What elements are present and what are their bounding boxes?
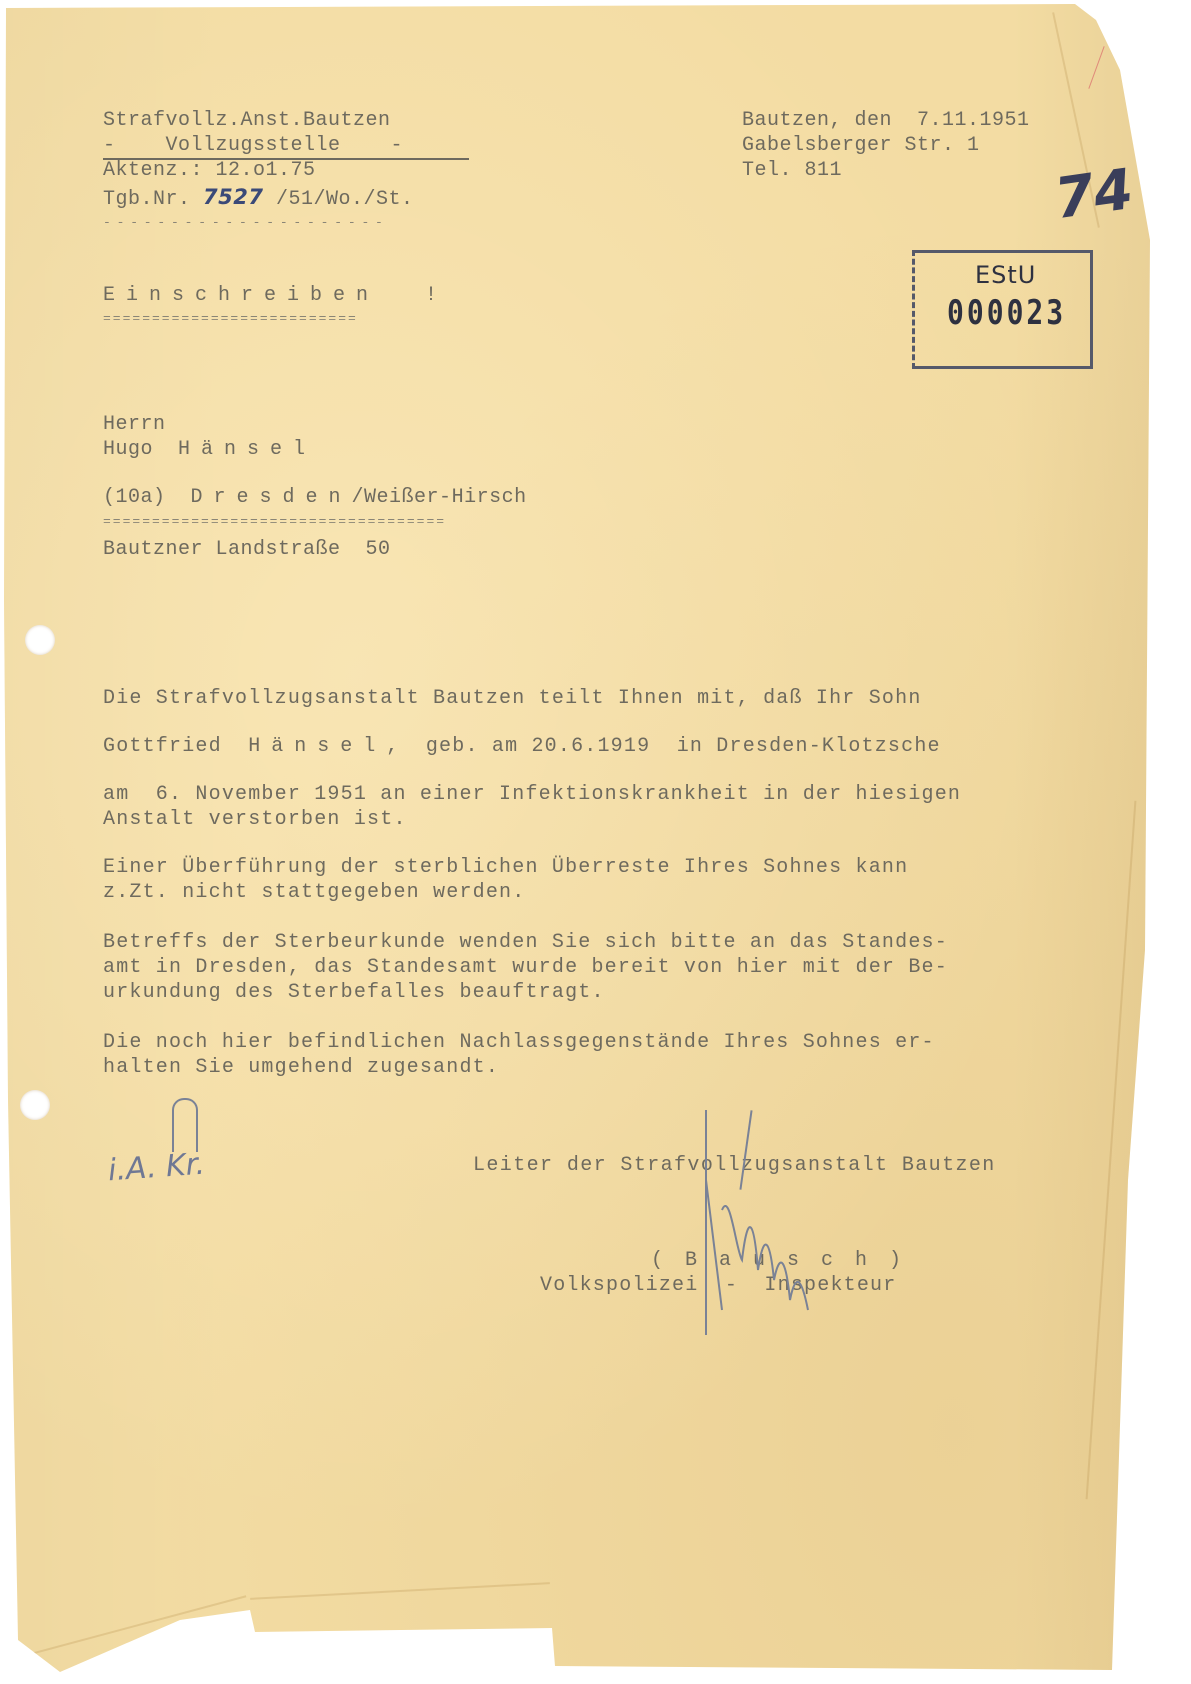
place-date: Bautzen, den 7.11.1951 — [742, 108, 1030, 133]
recipient-street: Bautzner Landstraße 50 — [103, 537, 391, 562]
paper-crease — [1086, 801, 1137, 1499]
registered-mail-label: Einschreiben ! — [103, 283, 448, 308]
recipient-district: /Weißer-Hirsch — [352, 486, 527, 509]
punch-hole-lower — [20, 1090, 50, 1120]
recipient-city-line: (10a) Dresden/Weißer-Hirsch — [103, 485, 527, 510]
journal-number: Tgb.Nr. 7527 /51/Wo./St. — [103, 185, 414, 212]
file-reference-value: 12.o1.75 — [216, 159, 316, 182]
body-paragraph-4-line-2: amt in Dresden, das Standesamt wurde ber… — [103, 955, 948, 980]
page-number-handwritten: 74 — [1051, 157, 1137, 232]
paper-crease — [24, 1595, 247, 1656]
body-paragraph-5-line-2: halten Sie umgehend zugesandt. — [103, 1055, 499, 1080]
recipient-last-name: Hänsel — [178, 438, 316, 461]
punch-hole-upper — [25, 625, 55, 655]
recipient-separator: =================================== — [103, 514, 695, 529]
body-paragraph-4-line-3: urkundung des Sterbefalles beauftragt. — [103, 980, 605, 1005]
sender-separator: - - - - - - - - - - - - - - - - - - - - … — [103, 215, 469, 230]
body-paragraph-1-line-1: Die Strafvollzugsanstalt Bautzen teilt I… — [103, 686, 922, 711]
sender-street: Gabelsberger Str. 1 — [742, 133, 980, 158]
body-paragraph-4-line-1: Betreffs der Sterbeurkunde wenden Sie si… — [103, 930, 948, 955]
journal-number-label: Tgb.Nr. — [103, 188, 191, 211]
recipient-salutation: Herrn — [103, 412, 166, 437]
body-paragraph-3-line-1: Einer Überführung der sterblichen Überre… — [103, 855, 908, 880]
recipient-first-name: Hugo — [103, 438, 153, 461]
initials-loop-stroke — [172, 1098, 198, 1152]
archive-stamp-number: 000023 — [947, 293, 1066, 333]
recipient-postal-code: (10a) — [103, 486, 166, 509]
initials-handwritten: i.A. Kr. — [107, 1147, 206, 1189]
archive-stamp-label: EStU — [975, 261, 1036, 289]
deceased-last-name: Hänsel — [248, 735, 386, 758]
file-reference: Aktenz.: 12.o1.75 — [103, 158, 316, 183]
deceased-birth-info: , geb. am 20.6.1919 in Dresden-Klotzsche — [386, 735, 940, 758]
deceased-first-name: Gottfried — [103, 735, 222, 758]
body-paragraph-2-line-1: am 6. November 1951 an einer Infektionsk… — [103, 782, 961, 807]
signature-scribble — [700, 1170, 840, 1320]
sender-phone: Tel. 811 — [742, 158, 842, 183]
file-reference-label: Aktenz.: — [103, 159, 203, 182]
registered-mail-separator: ========================== — [103, 311, 548, 326]
journal-number-handwritten: 7527 — [203, 185, 263, 209]
paper-crease — [250, 1582, 550, 1600]
document-page: Strafvollz.Anst.Bautzen - Vollzugsstelle… — [0, 0, 1191, 1684]
red-pencil-mark — [1088, 46, 1104, 89]
body-paragraph-5-line-1: Die noch hier befindlichen Nachlassgegen… — [103, 1030, 935, 1055]
body-paragraph-1-line-2: Gottfried Hänsel, geb. am 20.6.1919 in D… — [103, 734, 941, 759]
archive-stamp: EStU 000023 — [912, 250, 1093, 369]
body-paragraph-3-line-2: z.Zt. nicht stattgegeben werden. — [103, 880, 525, 905]
recipient-name: Hugo Hänsel — [103, 437, 316, 462]
recipient-city: Dresden — [191, 486, 352, 509]
sender-institution: Strafvollz.Anst.Bautzen — [103, 108, 391, 133]
sender-department: - Vollzugsstelle - — [103, 133, 403, 158]
body-paragraph-2-line-2: Anstalt verstorben ist. — [103, 807, 407, 832]
journal-number-suffix: /51/Wo./St. — [276, 188, 414, 211]
